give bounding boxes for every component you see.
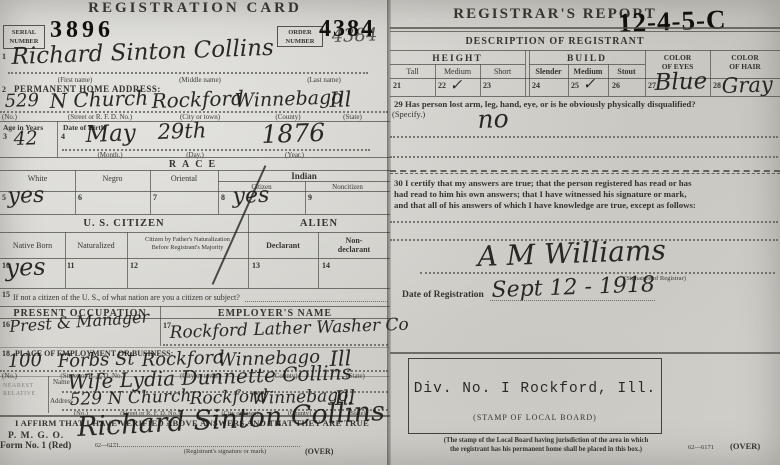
us-citizen-header: U. S. CITIZEN — [0, 218, 248, 229]
q15-text: If not a citizen of the U. S., of what n… — [13, 293, 240, 302]
height-short-label: Short — [480, 67, 525, 76]
pmgo-label: P. M. G. O. — [8, 431, 64, 441]
field-22-number: 22 — [438, 81, 446, 90]
local-board-stamp-box: Div. No. I Rockford, Ill. (STAMP OF LOCA… — [408, 358, 662, 434]
rule-line — [218, 181, 390, 182]
field-6-number: 6 — [78, 193, 82, 202]
cell-divider — [57, 121, 58, 157]
date-of-registration-value: Sept 12 - 1918 — [491, 272, 655, 303]
registration-card-title: REGISTRATION CARD — [0, 0, 390, 17]
dashed-rule — [390, 173, 780, 174]
q30-text-line3: and that all of his answers of which I h… — [394, 200, 778, 210]
rule-line — [390, 50, 780, 51]
first-name-label: (First name) — [25, 76, 125, 84]
height-medium-label: Medium — [435, 67, 480, 76]
alien-header: ALIEN — [248, 218, 390, 229]
q29-text: 29 Has person lost arm, leg, hand, eye, … — [394, 99, 780, 109]
rule-line — [0, 258, 390, 259]
classification-stamp: 12-4-5-C — [617, 4, 727, 39]
rule-line — [0, 214, 390, 215]
color-of-hair-header: COLOR OF HAIR — [710, 53, 780, 71]
field-9-number: 9 — [308, 193, 312, 202]
race-indian-noncitizen-label: Noncitizen — [305, 183, 390, 191]
field-25-number: 25 — [571, 81, 579, 90]
dob-year-value: 1876 — [261, 118, 326, 149]
q29-dotted-line — [390, 156, 778, 158]
field-28-number: 28 — [713, 81, 721, 90]
build-header: BUILD — [529, 54, 645, 64]
non-declarant-label: Non- declarant — [318, 237, 390, 254]
date-of-registration-label: Date of Registration — [402, 290, 484, 300]
rule-line — [529, 64, 645, 65]
height-header: HEIGHT — [390, 54, 525, 64]
age-value: 42 — [13, 127, 38, 150]
q29-specify-label: (Specify.) — [392, 109, 425, 119]
eyes-color-value: Blue — [654, 68, 708, 96]
field-11-number: 11 — [67, 261, 75, 270]
field-24-number: 24 — [532, 81, 540, 90]
rule-line — [390, 27, 780, 29]
q29-answer-value: no — [477, 104, 509, 134]
rule-line — [0, 191, 390, 192]
registrars-report-page: REGISTRAR'S REPORT 12-4-5-C DESCRIPTION … — [390, 0, 780, 465]
rule-line — [0, 157, 390, 158]
home-address-street: N Church — [49, 86, 148, 113]
dashed-rule — [390, 170, 780, 172]
race-title: RACE — [0, 159, 390, 170]
registrar-signature-value: A M Williams — [477, 233, 666, 273]
build-slender-label: Slender — [529, 67, 568, 76]
race-indian-label: Indian — [218, 171, 390, 181]
field-1-number: 1 — [2, 52, 6, 61]
cell-divider — [48, 376, 49, 413]
field-23-number: 23 — [483, 81, 491, 90]
middle-name-label: (Middle name) — [145, 76, 255, 84]
field-13-number: 13 — [252, 261, 260, 270]
field-5-number: 5 — [2, 193, 6, 202]
over-label-left: (OVER) — [305, 447, 333, 456]
order-number-label: ORDER NUMBER — [277, 26, 323, 47]
height-tall-label: Tall — [390, 67, 435, 76]
q30-text-line2: had read to him his own answers; that I … — [394, 189, 778, 199]
q30-text-line1: 30 I certify that my answers are true; t… — [394, 178, 778, 188]
employer-dotted-line — [163, 344, 388, 346]
home-address-city: Rockford — [151, 86, 244, 113]
cell-divider — [525, 50, 526, 96]
rule-line — [0, 306, 390, 307]
field-7-number: 7 — [153, 193, 157, 202]
nearest-relative-label: NEAREST RELATIVE — [3, 382, 36, 398]
race-white-label: White — [0, 174, 75, 183]
field-4-number: 4 — [61, 132, 65, 141]
field-14-number: 14 — [322, 261, 330, 270]
dob-day-value: 29th — [157, 118, 206, 144]
address-street-label: (Street or R. F. D. No.) — [45, 113, 155, 121]
field-3-number: 3 — [3, 132, 7, 141]
race-negro-label: Negro — [75, 174, 150, 183]
hair-color-value: Gray — [721, 72, 773, 98]
date-dotted-line — [490, 300, 655, 301]
build-stout-label: Stout — [608, 67, 645, 76]
rule-line — [390, 31, 780, 32]
naturalized-label: Naturalized — [65, 241, 127, 250]
dob-month-value: May — [85, 120, 136, 148]
declarant-label: Declarant — [248, 241, 318, 250]
race-white-value: yes — [7, 183, 45, 209]
report-form-code: 62—6171 — [688, 444, 714, 451]
form-number-label: Form No. 1 (Red) — [0, 441, 71, 451]
q15-dotted-line — [245, 301, 388, 302]
field-21-number: 21 — [393, 81, 401, 90]
signature-dotted-line — [110, 446, 300, 447]
field-12-number: 12 — [130, 261, 138, 270]
address-state-label: (State) — [325, 113, 380, 121]
native-born-label: Native Born — [0, 241, 65, 250]
field-8-number: 8 — [221, 193, 225, 202]
order-number-handwritten: 4384 — [331, 24, 378, 47]
relative-address-no: 529 — [69, 389, 102, 410]
rule-line — [390, 96, 780, 97]
build-medium-checkmark: ✓ — [582, 75, 595, 93]
name-dotted-line — [8, 72, 368, 74]
board-note-line1: (The stamp of the Local Board having jur… — [412, 437, 680, 444]
employment-no: 100 — [7, 350, 42, 372]
board-note-line2: the registrant has his permanent home sh… — [412, 446, 680, 453]
registration-card-page: REGISTRATION CARD SERIAL NUMBER 3896 ORD… — [0, 0, 390, 465]
rule-line — [0, 232, 390, 233]
description-of-registrant-subtitle: DESCRIPTION OF REGISTRANT — [390, 36, 720, 47]
last-name-label: (Last name) — [278, 76, 370, 84]
draft-registration-card-scan: REGISTRATION CARD SERIAL NUMBER 3896 ORD… — [0, 0, 780, 465]
field-26-number: 26 — [612, 81, 620, 90]
q30-dotted-line — [390, 221, 778, 223]
registrant-signature-label: (Registrant's signature or mark) — [140, 448, 310, 455]
home-address-no: 529 — [4, 90, 39, 112]
q29-dotted-line — [390, 136, 778, 138]
home-address-county: Winnebago — [234, 86, 343, 112]
over-label-right: (OVER) — [730, 441, 760, 451]
rule-line — [390, 64, 525, 65]
rule-line — [390, 352, 780, 354]
relative-address-street: N Church — [107, 386, 191, 409]
height-medium-checkmark: ✓ — [449, 76, 462, 94]
local-board-stamp-text: Div. No. I Rockford, Ill. — [409, 381, 661, 397]
native-born-value: yes — [5, 253, 46, 282]
race-oriental-label: Oriental — [150, 174, 218, 183]
home-address-state: Ill — [329, 87, 352, 112]
local-board-stamp-label: (STAMP OF LOCAL BOARD) — [409, 413, 661, 422]
field-15-number: 15 — [2, 290, 10, 299]
address-no-label: (No.) — [2, 113, 17, 121]
rule-line — [0, 288, 390, 289]
